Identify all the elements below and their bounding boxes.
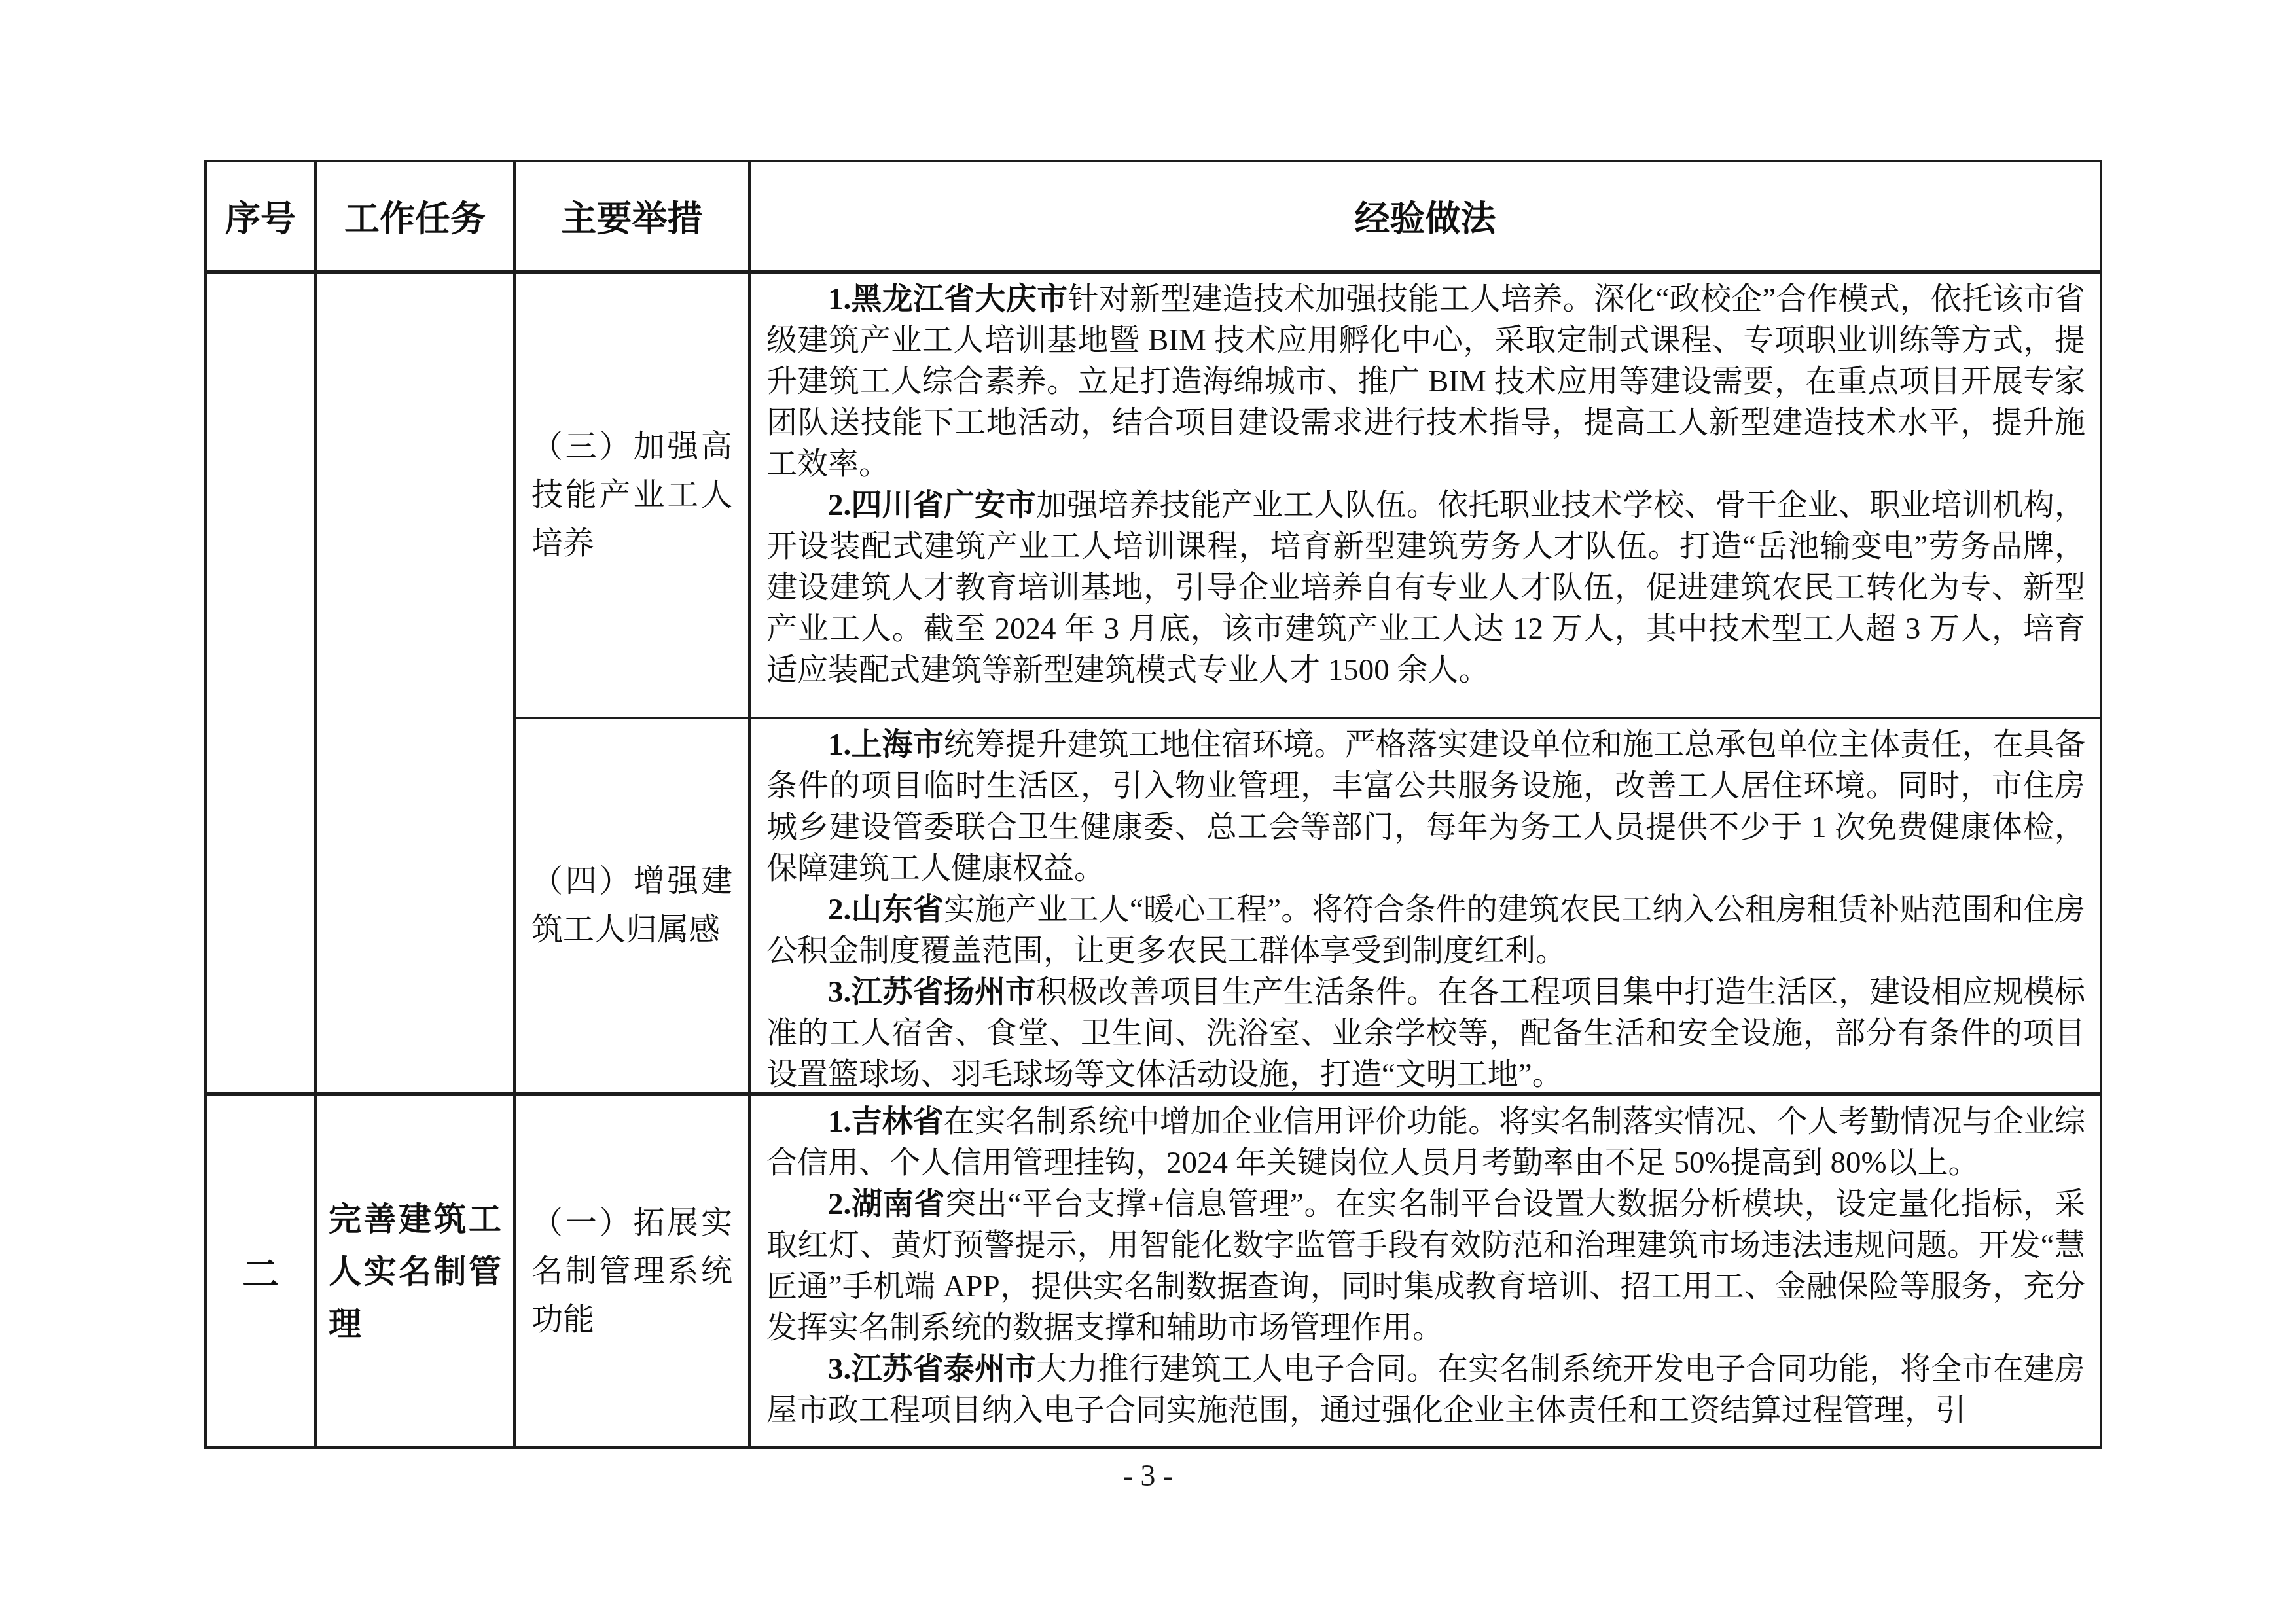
- task-value: 完善建筑工人实名制管理: [317, 1193, 513, 1350]
- measures-table: 序号 工作任务 主要举措 经验做法 （三）加强高技能产业工人培养: [204, 160, 2102, 1449]
- experience-paragraph: 2.山东省实施产业工人“暖心工程”。将符合条件的建筑农民工纳入公租房租赁补贴范围…: [766, 889, 2085, 972]
- cell-measure-3: （三）加强高技能产业工人培养: [514, 272, 749, 718]
- measure-label: （三）加强高技能产业工人培养: [516, 423, 748, 568]
- experience-paragraph: 1.吉林省在实名制系统中增加企业信用评价功能。将实名制落实情况、个人考勤情况与企…: [766, 1101, 2085, 1184]
- cell-seq-group2: 二: [206, 1094, 315, 1448]
- experience-paragraph: 1.黑龙江省大庆市针对新型建造技术加强技能工人培养。深化“政校企”合作模式，依托…: [766, 279, 2085, 485]
- paragraph-lead: 2.四川省广安市: [828, 488, 1036, 522]
- seq-value-empty: [207, 276, 314, 1090]
- cell-task-group2: 完善建筑工人实名制管理: [315, 1094, 514, 1448]
- paragraph-text: 突出“平台支撑+信息管理”。在实名制平台设置大数据分析模块，设定量化指标，采取红…: [766, 1187, 2085, 1345]
- paragraph-text: 实施产业工人“暖心工程”。将符合条件的建筑农民工纳入公租房租赁补贴范围和住房公积…: [766, 893, 2085, 968]
- table-row-group2: 二 完善建筑工人实名制管理 （一）拓展实名制管理系统功能 1.吉林省在实名制系统…: [206, 1094, 2101, 1448]
- paragraph-lead: 1.上海市: [828, 728, 944, 762]
- paragraph-lead: 3.江苏省泰州市: [828, 1352, 1036, 1386]
- col-header-experience: 经验做法: [749, 161, 2101, 272]
- document-page: 序号 工作任务 主要举措 经验做法 （三）加强高技能产业工人培养: [0, 0, 2296, 1623]
- experience-paragraph: 1.上海市统筹提升建筑工地住宿环境。严格落实建设单位和施工总承包单位主体责任，在…: [766, 724, 2085, 889]
- paragraph-lead: 3.江苏省扬州市: [828, 975, 1036, 1009]
- experience-paragraph: 3.江苏省扬州市积极改善项目生产生活条件。在各工程项目集中打造生活区，建设相应规…: [766, 972, 2085, 1092]
- cell-experience-3: 1.黑龙江省大庆市针对新型建造技术加强技能工人培养。深化“政校企”合作模式，依托…: [749, 272, 2101, 718]
- col-header-seq: 序号: [206, 161, 315, 272]
- table-row-group1-sub1: （三）加强高技能产业工人培养 1.黑龙江省大庆市针对新型建造技术加强技能工人培养…: [206, 272, 2101, 718]
- cell-task-group1: [315, 272, 514, 1094]
- paragraph-text: 统筹提升建筑工地住宿环境。严格落实建设单位和施工总承包单位主体责任，在具备条件的…: [766, 728, 2085, 885]
- paragraph-lead: 1.黑龙江省大庆市: [828, 282, 1067, 316]
- cell-measure-4: （四）增强建筑工人归属感: [514, 718, 749, 1094]
- paragraph-lead: 2.湖南省: [828, 1187, 945, 1221]
- page-number: - 3 -: [0, 1458, 2296, 1493]
- paragraph-lead: 1.吉林省: [828, 1105, 944, 1139]
- measure-label: （四）增强建筑工人归属感: [516, 857, 748, 954]
- cell-experience-1: 1.吉林省在实名制系统中增加企业信用评价功能。将实名制落实情况、个人考勤情况与企…: [749, 1094, 2101, 1448]
- cell-seq-group1: [206, 272, 315, 1094]
- measure-label: （一）拓展实名制管理系统功能: [516, 1199, 748, 1344]
- experience-paragraph: 3.江苏省泰州市大力推行建筑工人电子合同。在实名制系统开发电子合同功能，将全市在…: [766, 1349, 2085, 1431]
- experience-paragraph: 2.四川省广安市加强培养技能产业工人队伍。依托职业技术学校、骨干企业、职业培训机…: [766, 485, 2085, 691]
- experience-paragraph: 2.湖南省突出“平台支撑+信息管理”。在实名制平台设置大数据分析模块，设定量化指…: [766, 1184, 2085, 1349]
- paragraph-lead: 2.山东省: [828, 893, 944, 927]
- seq-value: 二: [207, 1099, 314, 1444]
- col-header-task: 工作任务: [315, 161, 514, 272]
- cell-experience-4: 1.上海市统筹提升建筑工地住宿环境。严格落实建设单位和施工总承包单位主体责任，在…: [749, 718, 2101, 1094]
- table-header-row: 序号 工作任务 主要举措 经验做法: [206, 161, 2101, 272]
- paragraph-text: 在实名制系统中增加企业信用评价功能。将实名制落实情况、个人考勤情况与企业综合信用…: [766, 1105, 2085, 1180]
- col-header-measure: 主要举措: [514, 161, 749, 272]
- cell-measure-1: （一）拓展实名制管理系统功能: [514, 1094, 749, 1448]
